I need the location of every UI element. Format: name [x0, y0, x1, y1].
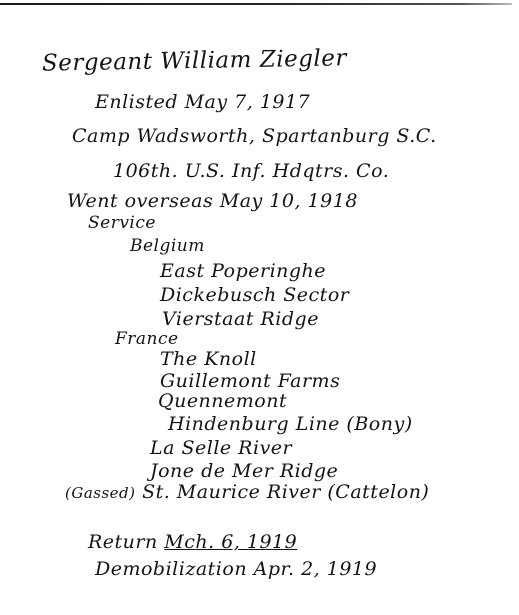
- top-border-line: [0, 3, 512, 5]
- france-place: Jone de Mer Ridge: [150, 460, 338, 482]
- unit-line: 106th. U.S. Inf. Hdqtrs. Co.: [113, 160, 389, 182]
- gassed-suffix: (Cattelon): [327, 481, 429, 503]
- gassed-place: St. Maurice River: [142, 481, 321, 503]
- return-label: Return: [88, 531, 158, 553]
- belgium-place: Vierstaat Ridge: [162, 308, 319, 330]
- return-date: Mch. 6, 1919: [164, 531, 297, 553]
- demobilization-label: Demobilization: [95, 558, 247, 580]
- country-belgium: Belgium: [130, 236, 205, 256]
- france-place: The Knoll: [160, 348, 257, 370]
- france-place: Quennemont: [158, 390, 287, 412]
- record-title: Sergeant William Ziegler: [42, 45, 347, 76]
- camp-line: Camp Wadsworth, Spartanburg S.C.: [72, 125, 437, 147]
- enlisted-line: Enlisted May 7, 1917: [95, 91, 310, 113]
- country-france: France: [115, 329, 179, 349]
- belgium-place: East Poperinghe: [160, 260, 326, 282]
- demobilization-date: Apr. 2, 1919: [254, 558, 377, 580]
- france-place: Hindenburg Line (Bony): [168, 413, 413, 435]
- gassed-note: (Gassed): [65, 484, 136, 502]
- belgium-place: Dickebusch Sector: [160, 284, 349, 306]
- overseas-line: Went overseas May 10, 1918: [67, 190, 358, 212]
- demobilization-line: Demobilization Apr. 2, 1919: [95, 558, 377, 580]
- france-place: Guillemont Farms: [160, 370, 340, 392]
- service-heading: Service: [88, 213, 156, 233]
- gassed-entry: (Gassed) St. Maurice River (Cattelon): [65, 481, 429, 503]
- return-line: Return Mch. 6, 1919: [88, 531, 297, 553]
- france-place: La Selle River: [150, 437, 292, 459]
